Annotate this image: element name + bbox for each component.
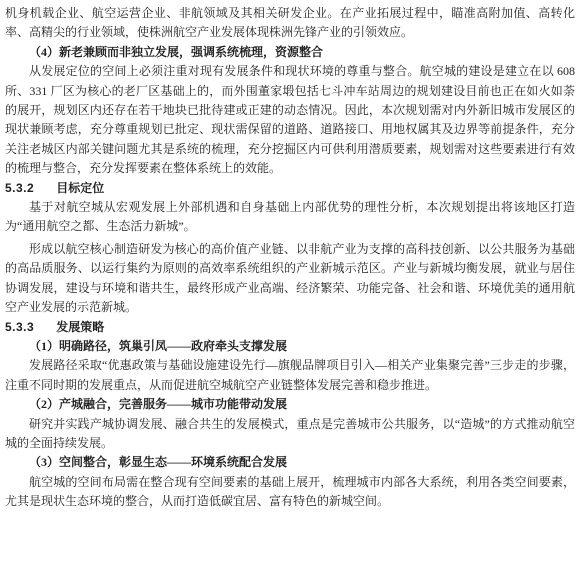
paragraph-goal-statement: 基于对航空城从宏观发展上外部机遇和自身基础上内部优势的理性分析，本次规划提出将该… <box>5 198 575 237</box>
paragraph-industry-new-city-vision: 形成以航空核心制造研发为核心的高价值产业链、以非航产业为支撑的高科技创新、以公共… <box>5 240 575 318</box>
sub-heading-point-4: （4）新老兼顾而非独立发展，强调系统梳理，资源整合 <box>5 43 575 62</box>
paragraph-strategy-1-detail: 发展路径采取“优惠政策与基础设施建设先行—旗舰品牌项目引入—相关产业集聚完善”三… <box>5 356 575 395</box>
sub-heading-strategy-3: （3）空间整合，彰显生态——环境系统配合发展 <box>5 453 575 472</box>
paragraph-industry-extension-continuation: 机身机载企业、航空运营企业、非航领域及其相关研发企业。在产业拓展过程中，瞄准高附… <box>5 4 575 43</box>
section-title-goal-positioning: 目标定位 <box>56 181 104 195</box>
section-title-development-strategy: 发展策略 <box>56 320 104 334</box>
paragraph-spatial-positioning: 从发展定位的空间上必须注重对现有发展条件和现状环境的尊重与整合。航空城的建设是建… <box>5 62 575 178</box>
section-number-5-3-3: 5.3.3 <box>5 320 34 334</box>
section-heading-5-3-2: 5.3.2目标定位 <box>5 179 575 198</box>
paragraph-strategy-2-detail: 研究并实践产城协调发展、融合共生的发展模式，重点是完善城市公共服务，以“造城”的… <box>5 415 575 454</box>
document-page: 机身机载企业、航空运营企业、非航领域及其相关研发企业。在产业拓展过程中，瞄准高附… <box>0 0 581 512</box>
sub-heading-strategy-1: （1）明确路径，筑巢引凤——政府牵头支撑发展 <box>5 337 575 356</box>
section-number-5-3-2: 5.3.2 <box>5 181 34 195</box>
sub-heading-strategy-2: （2）产城融合，完善服务——城市功能带动发展 <box>5 395 575 414</box>
paragraph-strategy-3-detail: 航空城的空间布局需在整合现有空间要素的基础上展开，梳理城市内部各大系统，利用各类… <box>5 473 575 512</box>
section-heading-5-3-3: 5.3.3发展策略 <box>5 318 575 337</box>
